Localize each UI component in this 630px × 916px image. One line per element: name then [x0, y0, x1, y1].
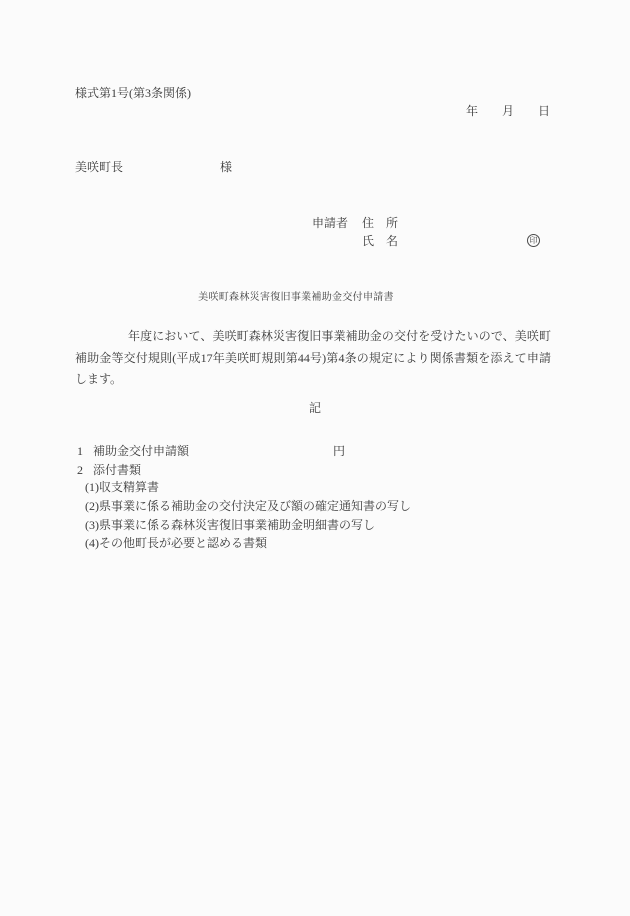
list-item-amount: 1補助金交付申請額 円 [77, 443, 497, 459]
attachment-list: (1)収支精算書 (2)県事業に係る補助金の交付決定及び額の確定通知書の写し (… [85, 478, 411, 553]
body-line-1: 年度において、美咲町森林災害復旧事業補助金の交付を受けたいので、美咲町 [75, 326, 551, 348]
attachment-item: (4)その他町長が必要と認める書類 [85, 534, 411, 553]
item-number: 2 [77, 463, 83, 477]
addressee-line: 美咲町長様 [75, 159, 232, 175]
item-number: 1 [77, 444, 83, 458]
attachment-item: (2)県事業に係る補助金の交付決定及び額の確定通知書の写し [85, 497, 411, 516]
item-label: 補助金交付申請額 [93, 444, 189, 458]
applicant-name-row: 氏 名 [312, 232, 398, 250]
body-line-3: します。 [75, 369, 551, 391]
attachment-item: (1)収支精算書 [85, 478, 411, 497]
seal-icon: 印 [527, 234, 540, 247]
document-page: 様式第1号(第3条関係) 年 月 日 美咲町長様 申請者住 所 氏 名 印 美咲… [0, 0, 630, 916]
address-label: 住 所 [362, 216, 398, 230]
applicant-block: 申請者住 所 氏 名 [312, 214, 398, 250]
day-label: 日 [538, 103, 550, 119]
item-label: 添付書類 [93, 463, 141, 477]
date-line: 年 月 日 [466, 103, 550, 119]
applicant-address-row: 申請者住 所 [312, 214, 398, 232]
document-title: 美咲町森林災害復旧事業補助金交付申請書 [0, 290, 630, 306]
list-item-attachments: 2添付書類 [77, 462, 497, 478]
name-label: 氏 名 [362, 234, 398, 248]
addressee-name: 美咲町長 [75, 160, 123, 174]
attachment-item: (3)県事業に係る森林災害復旧事業補助金明細書の写し [85, 516, 411, 535]
form-number: 様式第1号(第3条関係) [75, 85, 191, 101]
month-label: 月 [502, 103, 514, 119]
seal-label: 印 [530, 237, 538, 245]
applicant-label: 申請者 [312, 216, 348, 230]
amount-unit: 円 [333, 443, 345, 459]
body-line-2: 補助金等交付規則(平成17年美咲町規則第44号)第4条の規定により関係書類を添え… [75, 348, 551, 370]
body-paragraph: 年度において、美咲町森林災害復旧事業補助金の交付を受けたいので、美咲町 補助金等… [75, 326, 551, 391]
addressee-honorific: 様 [220, 160, 232, 174]
record-heading: 記 [0, 400, 630, 416]
year-label: 年 [466, 103, 478, 119]
